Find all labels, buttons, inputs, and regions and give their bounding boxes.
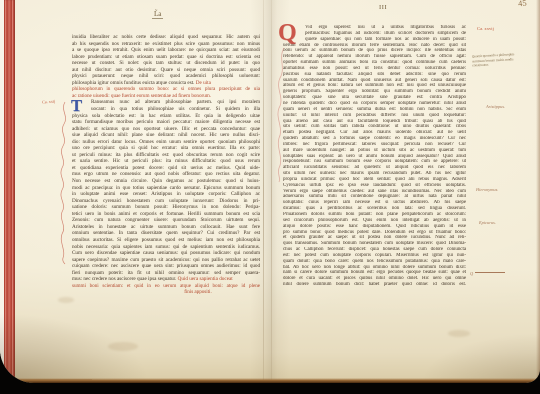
manuscript-photo: L̃a III 45 inuidia liberaliter ac nobis … xyxy=(0,0,540,394)
manuscript-text-line: omnium sententiae. In tanta diuersitate … xyxy=(72,230,260,237)
left-para1-end-text: philosophia igitur omnis funditus euicta… xyxy=(72,80,196,86)
left-end-rubric: summi boni scientiam: et quid in eo ueru… xyxy=(72,283,260,296)
manuscript-text-line: piscibus sua natandi facultas: aliquid s… xyxy=(283,72,466,78)
right-page-edge-shadow xyxy=(536,0,540,383)
manuscript-text-line: uocant: in qua totius philosophiae uis c… xyxy=(72,106,260,113)
right-page-text-block: Vid ergo superest: nisi ut a uilibus lit… xyxy=(283,25,466,288)
manuscript-text-line: imbres: nec frigora pertimescat: labores… xyxy=(283,142,466,148)
manuscript-text-line: quidem ablatum: sed a fortunis saepe con… xyxy=(283,136,466,142)
manuscript-text-line: est: nec potest cum uoluptate corporis c… xyxy=(283,253,466,259)
manuscript-text-line: propria uindicat primus: quod hoc idem s… xyxy=(283,177,466,183)
initial-q-pen-flourish xyxy=(274,46,288,184)
left-margin-chapter-note: Ca. xxij xyxy=(42,99,56,105)
manuscript-text-line: nihil dolere summum bonum dicit: habet p… xyxy=(283,282,466,288)
right-page-header-numeral: III xyxy=(379,4,387,11)
manuscript-text-line: aliquo dolore positis: esse hanc disputa… xyxy=(283,224,466,230)
gutter-crease xyxy=(271,0,272,383)
left-para2-end-text: mus: nec credere nos asciscere quae ipsa… xyxy=(72,276,178,282)
manuscript-text-line: Cyrenaicus uirtuti ipsi: eo ipso esse la… xyxy=(283,183,466,189)
left-chapter-rubric: philosophorum in quaerendo summo bono: a… xyxy=(72,86,260,99)
bottom-right-shadow xyxy=(420,333,540,383)
bottom-left-shadow xyxy=(0,313,150,383)
manuscript-text-line: siue aliquid dicunt nihil: plane siue de… xyxy=(72,132,260,139)
right-margin-gloss-hieronymus: Hieronymus. xyxy=(476,187,498,192)
left-paragraph-2-last-line: mus: nec credere nos asciscere quae ipsa… xyxy=(72,276,260,283)
right-margin-annotation: Quaerit quomodo a philosophissummum bonu… xyxy=(472,52,529,69)
manuscript-text-line: uiuitur: ut nihil intersit cum pecudibus… xyxy=(283,113,466,119)
left-paragraph-2: Ranseamus nunc ad alteram philosophiae p… xyxy=(72,99,260,276)
left-rubric-start: De uita xyxy=(196,80,211,86)
left-page-header-mark: L̃a xyxy=(152,10,163,19)
manuscript-text-line: aut mare uiolentum nauiget: an potius ut… xyxy=(283,148,466,154)
manuscript-text-line: et uaria sentire. Hic ut periculi plus: … xyxy=(72,158,260,165)
manuscript-text-line: uatione doloris: summum bonum posuit: Hi… xyxy=(72,204,260,211)
left-end-rubric-start: Quid uera sapientia doceat xyxy=(178,276,233,282)
illuminated-initial-Q: Q xyxy=(278,21,304,45)
manuscript-text-line: quam ueneri et uentri seruiens: summa du… xyxy=(283,107,466,113)
left-page-text-block: inuidia liberaliter ac nobis certe dedis… xyxy=(72,34,260,296)
open-book: L̃a III 45 inuidia liberaliter ac nobis … xyxy=(0,0,540,383)
manuscript-text-line: Priuationem doloris summi boni putant: n… xyxy=(283,212,466,218)
manuscript-text-line: finis appositi. xyxy=(72,289,260,296)
manuscript-text-line: uno ore percipiunt: quia si quid hoc err… xyxy=(72,145,260,152)
gutter-crease xyxy=(263,0,264,383)
manuscript-text-line: cuiquam credere: nec asciscere quae uera… xyxy=(72,263,260,270)
right-margin-gloss-aristippus: Aristippus. xyxy=(486,104,505,109)
right-paragraph: Vid ergo superest: nisi ut a uilibus lit… xyxy=(283,25,466,288)
folio-number: 45 xyxy=(518,0,527,8)
right-margin-gloss-mark: Q xyxy=(470,271,505,276)
manuscript-text-line: Non necesse est omnia circuire. Quin deg… xyxy=(72,178,260,185)
manuscript-text-line: sed cinicorum philosophorum est. Quis en… xyxy=(283,218,466,224)
gloss-flourish-line xyxy=(475,272,505,273)
foxing-stain xyxy=(58,297,74,303)
book-bottom-edge xyxy=(0,378,540,383)
manuscript-text-line: quam doluit: quia bono caret: quem nos f… xyxy=(283,259,466,265)
manuscript-text-line: Zenonis: cum natura congruenter uiuere: … xyxy=(72,217,260,224)
gloss-letter: Q xyxy=(470,271,473,276)
right-margin-gloss-epicurus: Epicurus. xyxy=(479,220,496,225)
manuscript-text-line: Cum uero discendae sapientiae causa ueni… xyxy=(72,250,260,257)
manuscript-text-line: in uoluptate animi esse censet: Aristipp… xyxy=(72,191,260,198)
manuscript-text-line: quiete sapientiae: qui non tam formare n… xyxy=(283,37,466,43)
manuscript-text-line: necesse ut constet. Si nolet: quis tam s… xyxy=(72,60,260,67)
manuscript-text-line: summi boni scientiam: et quid in eo ueru… xyxy=(72,283,260,290)
manuscript-text-line: animalibus esse non possit: sed ut feris… xyxy=(283,66,466,72)
manuscript-text-line: philosophorum in quaerendo summo bono: a… xyxy=(72,86,260,93)
left-margin-pen-flourish xyxy=(56,100,72,265)
manuscript-text-line: Vid ergo superest: nisi ut a uilibus lit… xyxy=(283,25,466,31)
manuscript-text-line: inuidia liberaliter ac nobis certe dedis… xyxy=(72,34,260,41)
manuscript-text-line: omnibus auctoritas. Si eligere possumus … xyxy=(72,237,260,244)
manuscript-text-line: ne ridenda quidem: dico quod ea corporis… xyxy=(283,101,466,107)
right-margin-chapter-note: Ca. xxvij xyxy=(477,26,494,31)
manuscript-text-line: pertinacibus: fugiamus ad iudicem: illum… xyxy=(283,31,466,37)
manuscript-text-line: statu formandisque moribus periculo maio… xyxy=(72,119,260,126)
manuscript-text-line: a se quoque ipso retrahit. Quis enim uel… xyxy=(72,47,260,54)
left-paragraph-1: inuidia liberaliter ac nobis certe dedis… xyxy=(72,34,260,80)
illuminated-initial-T: T xyxy=(71,98,89,114)
